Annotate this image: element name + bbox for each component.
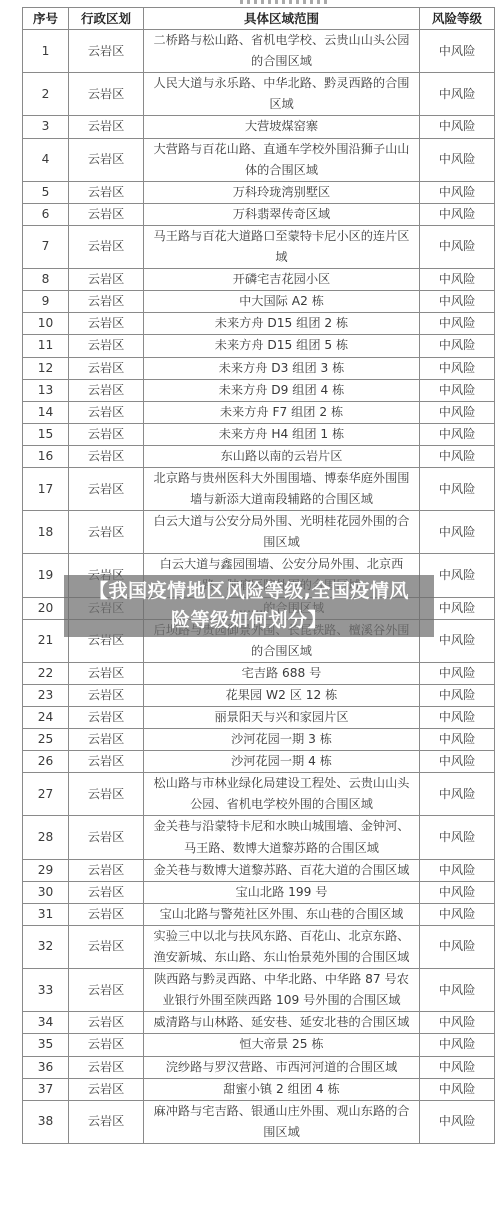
- row-number: 17: [23, 467, 69, 510]
- row-district: 云岩区: [69, 773, 144, 816]
- row-area: 未来方舟 H4 组团 1 栋: [144, 423, 420, 445]
- row-district: 云岩区: [69, 969, 144, 1012]
- table-row: 8云岩区开磷宅吉花园小区中风险: [23, 269, 495, 291]
- row-district: 云岩区: [69, 1012, 144, 1034]
- row-district: 云岩区: [69, 357, 144, 379]
- row-district: 云岩区: [69, 729, 144, 751]
- header-no: 序号: [23, 8, 69, 30]
- row-number: 7: [23, 225, 69, 268]
- row-number: 20: [23, 597, 69, 619]
- row-district: 云岩区: [69, 401, 144, 423]
- table-row: 23云岩区花果园 W2 区 12 栋中风险: [23, 684, 495, 706]
- row-district: 云岩区: [69, 1100, 144, 1143]
- row-area: 宅吉路 688 号: [144, 662, 420, 684]
- row-area: 未来方舟 D3 组团 3 栋: [144, 357, 420, 379]
- table-row: 30云岩区宝山北路 199 号中风险: [23, 881, 495, 903]
- table-row: 9云岩区中大国际 A2 栋中风险: [23, 291, 495, 313]
- row-number: 1: [23, 30, 69, 73]
- row-risk-level: 中风险: [420, 116, 495, 138]
- table-row: 37云岩区甜蜜小镇 2 组团 4 栋中风险: [23, 1078, 495, 1100]
- row-risk-level: 中风险: [420, 335, 495, 357]
- row-district: 云岩区: [69, 1078, 144, 1100]
- row-district: 云岩区: [69, 269, 144, 291]
- table-row: 35云岩区恒大帝景 25 栋中风险: [23, 1034, 495, 1056]
- row-number: 36: [23, 1056, 69, 1078]
- row-area: 甜蜜小镇 2 组团 4 栋: [144, 1078, 420, 1100]
- row-area: 麻冲路与宅吉路、银通山庄外围、观山东路的合围区域: [144, 1100, 420, 1143]
- row-district: 云岩区: [69, 751, 144, 773]
- row-risk-level: 中风险: [420, 707, 495, 729]
- row-district: 云岩区: [69, 203, 144, 225]
- row-risk-level: 中风险: [420, 773, 495, 816]
- header-risk-level: 风险等级: [420, 8, 495, 30]
- row-number: 11: [23, 335, 69, 357]
- row-area: 未来方舟 D15 组团 5 栋: [144, 335, 420, 357]
- row-number: 33: [23, 969, 69, 1012]
- row-area: 沙河花园一期 3 栋: [144, 729, 420, 751]
- table-row: 38云岩区麻冲路与宅吉路、银通山庄外围、观山东路的合围区域中风险: [23, 1100, 495, 1143]
- row-district: 云岩区: [69, 291, 144, 313]
- row-number: 30: [23, 881, 69, 903]
- row-district: 云岩区: [69, 684, 144, 706]
- row-number: 12: [23, 357, 69, 379]
- row-area: 北京路与贵州医科大外围围墙、博泰华庭外围围墙与新添大道南段辅路的合围区域: [144, 467, 420, 510]
- row-district: 云岩区: [69, 881, 144, 903]
- row-district: 云岩区: [69, 859, 144, 881]
- row-risk-level: 中风险: [420, 30, 495, 73]
- row-risk-level: 中风险: [420, 662, 495, 684]
- row-area: 陕西路与黔灵西路、中华北路、中华路 87 号农业银行外围至陕西路 109 号外围…: [144, 969, 420, 1012]
- row-district: 云岩区: [69, 903, 144, 925]
- table-row: 33云岩区陕西路与黔灵西路、中华北路、中华路 87 号农业银行外围至陕西路 10…: [23, 969, 495, 1012]
- row-district: 云岩区: [69, 181, 144, 203]
- row-area: 未来方舟 D9 组团 4 栋: [144, 379, 420, 401]
- row-risk-level: 中风险: [420, 445, 495, 467]
- row-district: 云岩区: [69, 1034, 144, 1056]
- table-row: 13云岩区未来方舟 D9 组团 4 栋中风险: [23, 379, 495, 401]
- row-risk-level: 中风险: [420, 1012, 495, 1034]
- row-risk-level: 中风险: [420, 423, 495, 445]
- table-row: 7云岩区马王路与百花大道路口至蒙特卡尼小区的连片区域中风险: [23, 225, 495, 268]
- table-row: 10云岩区未来方舟 D15 组团 2 栋中风险: [23, 313, 495, 335]
- row-number: 16: [23, 445, 69, 467]
- row-risk-level: 中风险: [420, 357, 495, 379]
- row-number: 14: [23, 401, 69, 423]
- row-risk-level: 中风险: [420, 751, 495, 773]
- row-district: 云岩区: [69, 379, 144, 401]
- row-area: 未来方舟 F7 组团 2 栋: [144, 401, 420, 423]
- row-district: 云岩区: [69, 73, 144, 116]
- table-row: 14云岩区未来方舟 F7 组团 2 栋中风险: [23, 401, 495, 423]
- row-number: 34: [23, 1012, 69, 1034]
- row-number: 32: [23, 925, 69, 968]
- row-number: 38: [23, 1100, 69, 1143]
- table-row: 12云岩区未来方舟 D3 组团 3 栋中风险: [23, 357, 495, 379]
- row-district: 云岩区: [69, 816, 144, 859]
- row-number: 28: [23, 816, 69, 859]
- row-number: 9: [23, 291, 69, 313]
- row-area: 东山路以南的云岩片区: [144, 445, 420, 467]
- row-district: 云岩区: [69, 30, 144, 73]
- row-risk-level: 中风险: [420, 1056, 495, 1078]
- row-area: 白云大道与公安分局外围、光明桂花园外围的合围区域: [144, 511, 420, 554]
- row-risk-level: 中风险: [420, 225, 495, 268]
- row-district: 云岩区: [69, 225, 144, 268]
- header-district: 行政区划: [69, 8, 144, 30]
- row-number: 18: [23, 511, 69, 554]
- row-number: 29: [23, 859, 69, 881]
- row-area: 宝山北路 199 号: [144, 881, 420, 903]
- row-number: 23: [23, 684, 69, 706]
- row-area: 浣纱路与罗汉营路、市西河河道的合围区域: [144, 1056, 420, 1078]
- row-number: 37: [23, 1078, 69, 1100]
- row-district: 云岩区: [69, 423, 144, 445]
- row-area: 未来方舟 D15 组团 2 栋: [144, 313, 420, 335]
- row-district: 云岩区: [69, 662, 144, 684]
- table-row: 28云岩区金关巷与沿蒙特卡尼和水映山城围墙、金钟河、马王路、数博大道黎苏路的合围…: [23, 816, 495, 859]
- table-row: 15云岩区未来方舟 H4 组团 1 栋中风险: [23, 423, 495, 445]
- table-row: 6云岩区万科翡翠传奇区域中风险: [23, 203, 495, 225]
- row-number: 13: [23, 379, 69, 401]
- row-area: 花果园 W2 区 12 栋: [144, 684, 420, 706]
- table-row: 5云岩区万科玲珑湾别墅区中风险: [23, 181, 495, 203]
- table-row: 17云岩区北京路与贵州医科大外围围墙、博泰华庭外围围墙与新添大道南段辅路的合围区…: [23, 467, 495, 510]
- row-risk-level: 中风险: [420, 73, 495, 116]
- row-risk-level: 中风险: [420, 816, 495, 859]
- row-area: 中大国际 A2 栋: [144, 291, 420, 313]
- row-area: 松山路与市林业绿化局建设工程处、云贵山山头公园、省机电学校外围的合围区域: [144, 773, 420, 816]
- table-row: 24云岩区丽景阳天与兴和家园片区中风险: [23, 707, 495, 729]
- row-risk-level: 中风险: [420, 467, 495, 510]
- row-number: 8: [23, 269, 69, 291]
- row-area: 万科玲珑湾别墅区: [144, 181, 420, 203]
- row-number: 24: [23, 707, 69, 729]
- table-row: 11云岩区未来方舟 D15 组团 5 栋中风险: [23, 335, 495, 357]
- table-row: 3云岩区大营坡煤窑寨中风险: [23, 116, 495, 138]
- row-risk-level: 中风险: [420, 291, 495, 313]
- table-row: 22云岩区宅吉路 688 号中风险: [23, 662, 495, 684]
- overlay-title-line-1: 【我国疫情地区风险等级,全国疫情风: [64, 577, 434, 606]
- row-risk-level: 中风险: [420, 511, 495, 554]
- row-risk-level: 中风险: [420, 729, 495, 751]
- row-district: 云岩区: [69, 445, 144, 467]
- row-number: 27: [23, 773, 69, 816]
- row-risk-level: 中风险: [420, 859, 495, 881]
- table-row: 36云岩区浣纱路与罗汉营路、市西河河道的合围区域中风险: [23, 1056, 495, 1078]
- row-risk-level: 中风险: [420, 181, 495, 203]
- row-risk-level: 中风险: [420, 925, 495, 968]
- table-row: 4云岩区大营路与百花山路、直通车学校外围沿狮子山山体的合围区域中风险: [23, 138, 495, 181]
- row-risk-level: 中风险: [420, 903, 495, 925]
- row-number: 22: [23, 662, 69, 684]
- row-risk-level: 中风险: [420, 969, 495, 1012]
- table-row: 16云岩区东山路以南的云岩片区中风险: [23, 445, 495, 467]
- table-row: 31云岩区宝山北路与警苑社区外围、东山巷的合围区域中风险: [23, 903, 495, 925]
- row-risk-level: 中风险: [420, 881, 495, 903]
- row-area: 大营路与百花山路、直通车学校外围沿狮子山山体的合围区域: [144, 138, 420, 181]
- row-area: 大营坡煤窑寨: [144, 116, 420, 138]
- row-area: 开磷宅吉花园小区: [144, 269, 420, 291]
- row-area: 马王路与百花大道路口至蒙特卡尼小区的连片区域: [144, 225, 420, 268]
- table-row: 1云岩区二桥路与松山路、省机电学校、云贵山山头公园的合围区域中风险: [23, 30, 495, 73]
- row-risk-level: 中风险: [420, 203, 495, 225]
- row-risk-level: 中风险: [420, 1078, 495, 1100]
- row-number: 26: [23, 751, 69, 773]
- table-row: 2云岩区人民大道与永乐路、中华北路、黔灵西路的合围区域中风险: [23, 73, 495, 116]
- row-number: 25: [23, 729, 69, 751]
- row-area: 恒大帝景 25 栋: [144, 1034, 420, 1056]
- row-area: 二桥路与松山路、省机电学校、云贵山山头公园的合围区域: [144, 30, 420, 73]
- table-row: 26云岩区沙河花园一期 4 栋中风险: [23, 751, 495, 773]
- cropped-text-fragment: [240, 0, 330, 4]
- table-row: 18云岩区白云大道与公安分局外围、光明桂花园外围的合围区域中风险: [23, 511, 495, 554]
- row-area: 沙河花园一期 4 栋: [144, 751, 420, 773]
- table-row: 27云岩区松山路与市林业绿化局建设工程处、云贵山山头公园、省机电学校外围的合围区…: [23, 773, 495, 816]
- overlay-title-line-2: 险等级如何划分】: [64, 606, 434, 635]
- row-number: 10: [23, 313, 69, 335]
- row-area: 金关巷与数博大道黎苏路、百花大道的合围区域: [144, 859, 420, 881]
- row-district: 云岩区: [69, 707, 144, 729]
- row-number: 15: [23, 423, 69, 445]
- row-district: 云岩区: [69, 1056, 144, 1078]
- row-area: 丽景阳天与兴和家园片区: [144, 707, 420, 729]
- row-area: 金关巷与沿蒙特卡尼和水映山城围墙、金钟河、马王路、数博大道黎苏路的合围区域: [144, 816, 420, 859]
- row-number: 4: [23, 138, 69, 181]
- table-row: 25云岩区沙河花园一期 3 栋中风险: [23, 729, 495, 751]
- row-district: 云岩区: [69, 925, 144, 968]
- row-risk-level: 中风险: [420, 401, 495, 423]
- row-risk-level: 中风险: [420, 313, 495, 335]
- row-district: 云岩区: [69, 138, 144, 181]
- table-row: 32云岩区实验三中以北与扶风东路、百花山、北京东路、渔安新城、东山路、东山怡景苑…: [23, 925, 495, 968]
- header-area: 具体区域范围: [144, 8, 420, 30]
- row-risk-level: 中风险: [420, 269, 495, 291]
- row-number: 2: [23, 73, 69, 116]
- table-row: 34云岩区威清路与山林路、延安巷、延安北巷的合围区域中风险: [23, 1012, 495, 1034]
- row-number: 5: [23, 181, 69, 203]
- row-risk-level: 中风险: [420, 379, 495, 401]
- row-area: 人民大道与永乐路、中华北路、黔灵西路的合围区域: [144, 73, 420, 116]
- table-header-row: 序号 行政区划 具体区域范围 风险等级: [23, 8, 495, 30]
- row-area: 实验三中以北与扶风东路、百花山、北京东路、渔安新城、东山路、东山怡景苑外围的合围…: [144, 925, 420, 968]
- row-district: 云岩区: [69, 335, 144, 357]
- row-risk-level: 中风险: [420, 1034, 495, 1056]
- row-number: 31: [23, 903, 69, 925]
- row-risk-level: 中风险: [420, 138, 495, 181]
- row-area: 威清路与山林路、延安巷、延安北巷的合围区域: [144, 1012, 420, 1034]
- row-risk-level: 中风险: [420, 1100, 495, 1143]
- row-number: 21: [23, 619, 69, 662]
- row-risk-level: 中风险: [420, 684, 495, 706]
- row-district: 云岩区: [69, 467, 144, 510]
- row-area: 宝山北路与警苑社区外围、东山巷的合围区域: [144, 903, 420, 925]
- row-district: 云岩区: [69, 313, 144, 335]
- row-number: 6: [23, 203, 69, 225]
- row-number: 3: [23, 116, 69, 138]
- row-district: 云岩区: [69, 116, 144, 138]
- row-number: 35: [23, 1034, 69, 1056]
- table-row: 29云岩区金关巷与数博大道黎苏路、百花大道的合围区域中风险: [23, 859, 495, 881]
- row-area: 万科翡翠传奇区域: [144, 203, 420, 225]
- row-district: 云岩区: [69, 511, 144, 554]
- row-number: 19: [23, 554, 69, 597]
- title-overlay-banner: 【我国疫情地区风险等级,全国疫情风 险等级如何划分】: [64, 575, 434, 637]
